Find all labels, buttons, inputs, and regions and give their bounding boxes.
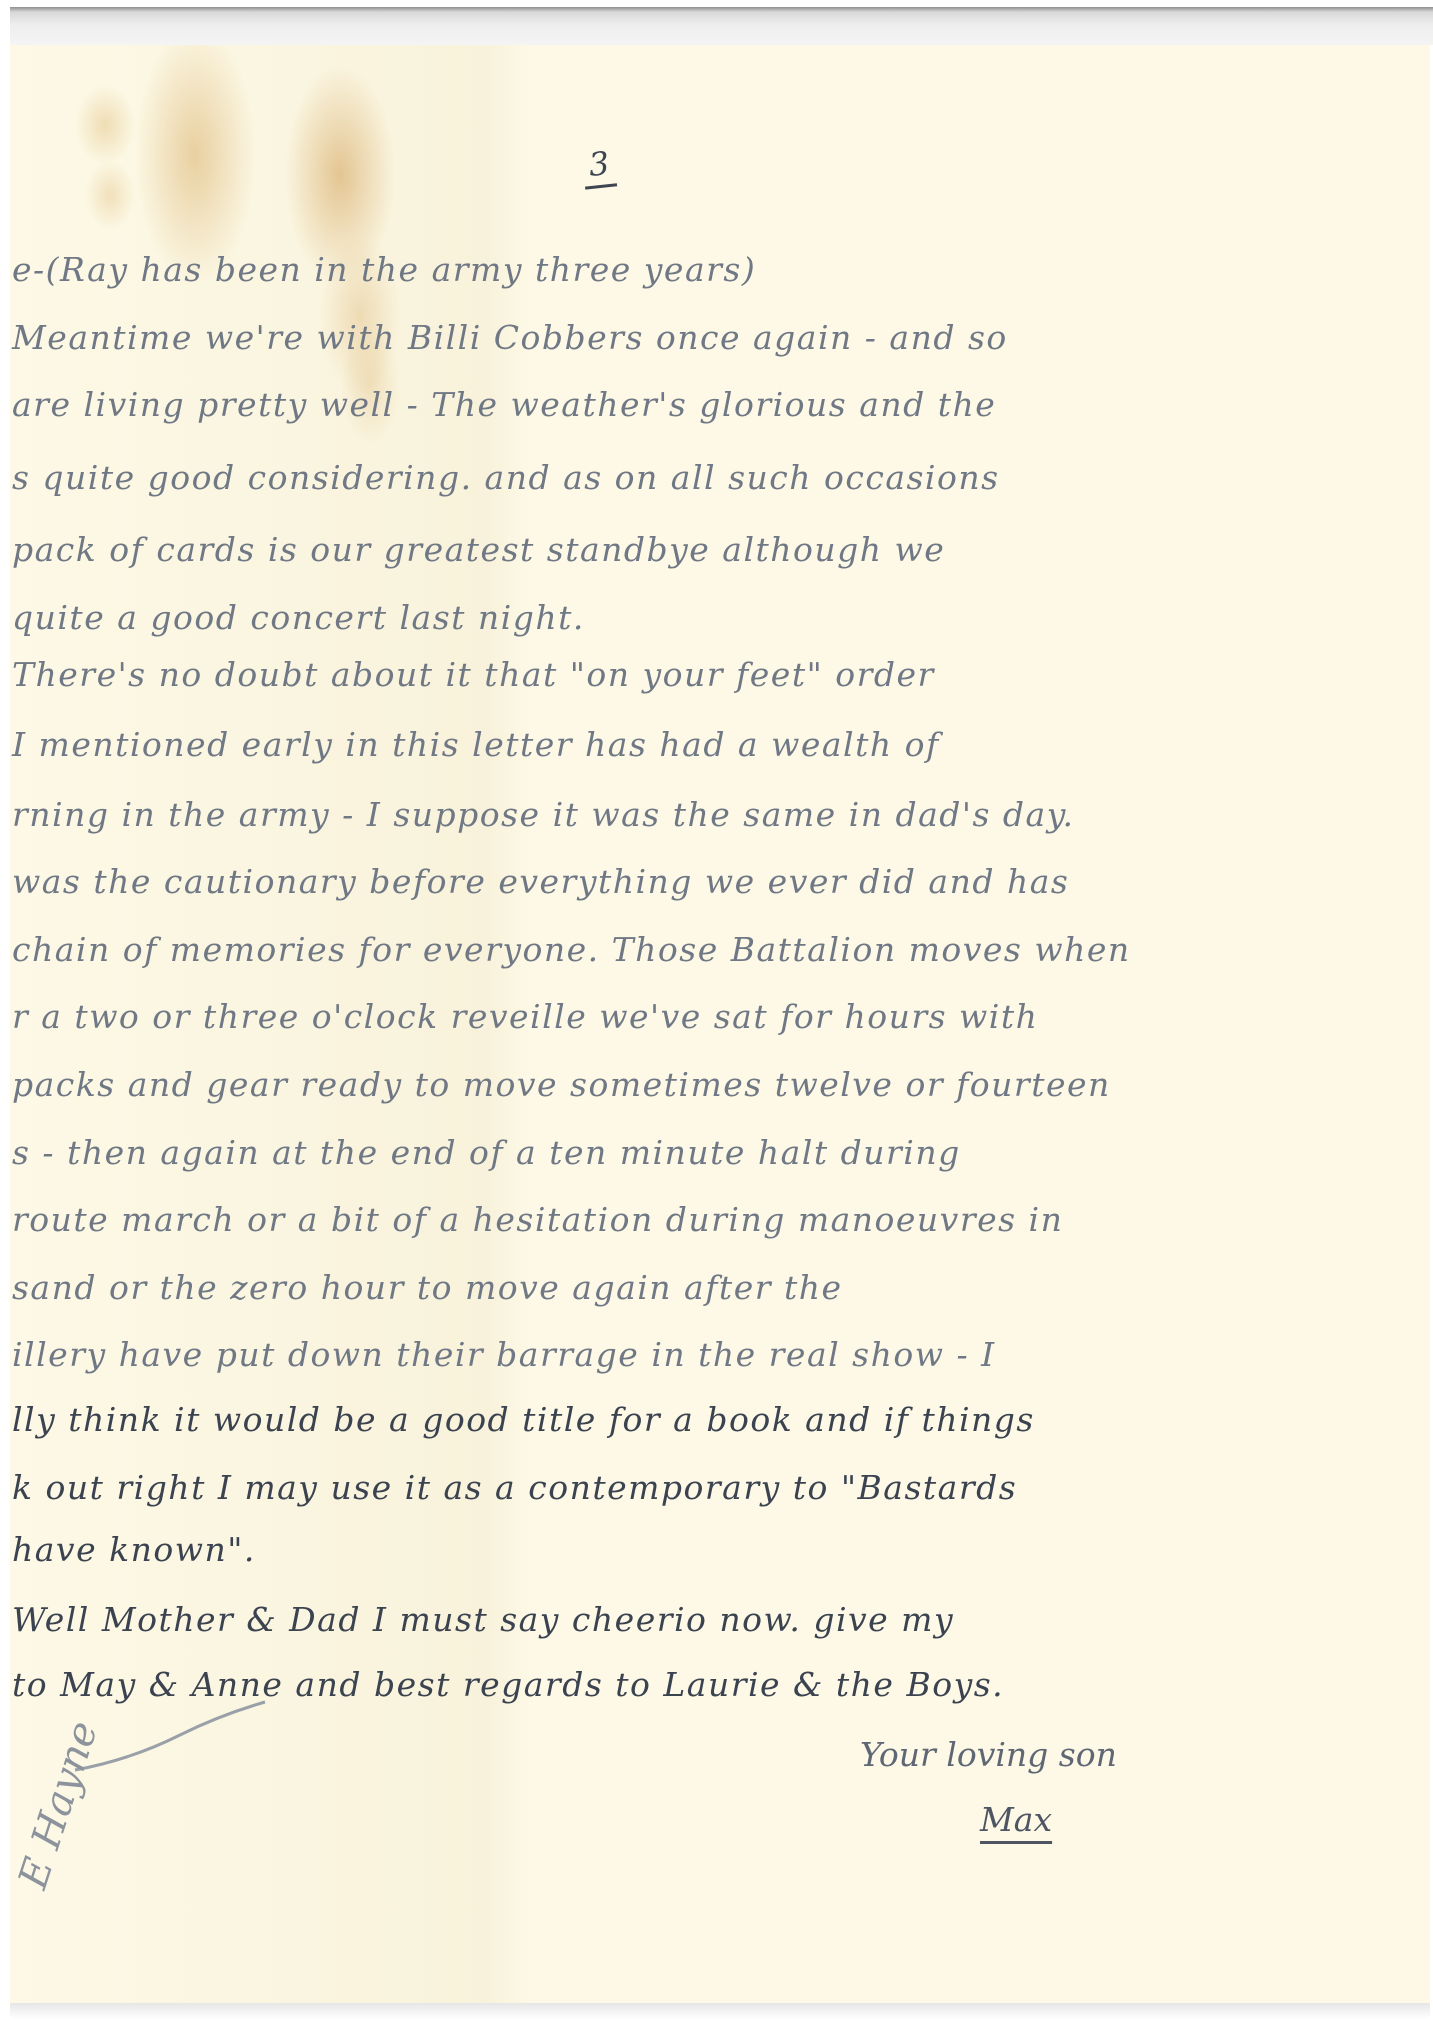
letter-line: quite a good concert last night. xyxy=(12,598,585,637)
letter-line: lly think it would be a good title for a… xyxy=(12,1400,1035,1439)
letter-line: s - then again at the end of a ten minut… xyxy=(12,1133,961,1172)
letter-line: illery have put down their barrage in th… xyxy=(12,1335,996,1374)
letter-line: I mentioned early in this letter has had… xyxy=(12,725,940,764)
letter-line: to May & Anne and best regards to Laurie… xyxy=(12,1665,1004,1704)
letter-line: Well Mother & Dad I must say cheerio now… xyxy=(12,1600,954,1639)
letter-line: was the cautionary before everything we … xyxy=(12,862,1069,901)
page-number: 3 xyxy=(581,143,618,189)
signature: Max xyxy=(980,1800,1052,1839)
letter-line: route march or a bit of a hesitation dur… xyxy=(12,1200,1063,1239)
letter-line: rning in the army - I suppose it was the… xyxy=(12,795,1074,834)
letter-line: are living pretty well - The weather's g… xyxy=(12,385,996,424)
letter-line: packs and gear ready to move sometimes t… xyxy=(12,1065,1111,1104)
letter-line: There's no doubt about it that "on your … xyxy=(12,655,935,694)
letter-line: chain of memories for everyone. Those Ba… xyxy=(12,930,1131,969)
scanner-edge xyxy=(10,7,1433,45)
letter-line: s quite good considering. and as on all … xyxy=(12,458,1000,497)
letter-line: pack of cards is our greatest standbye a… xyxy=(12,530,945,569)
paper-bottom-shadow xyxy=(10,2003,1430,2019)
letter-line: e-(Ray has been in the army three years) xyxy=(12,250,756,289)
letter-line: r a two or three o'clock reveille we've … xyxy=(12,997,1038,1036)
letter-line: have known". xyxy=(12,1530,256,1569)
letter-line: Meantime we're with Billi Cobbers once a… xyxy=(12,318,1008,357)
letter-line: sand or the zero hour to move again afte… xyxy=(12,1268,843,1307)
closing-salutation: Your loving son xyxy=(860,1735,1117,1774)
letter-line: k out right I may use it as a contempora… xyxy=(12,1468,1017,1507)
